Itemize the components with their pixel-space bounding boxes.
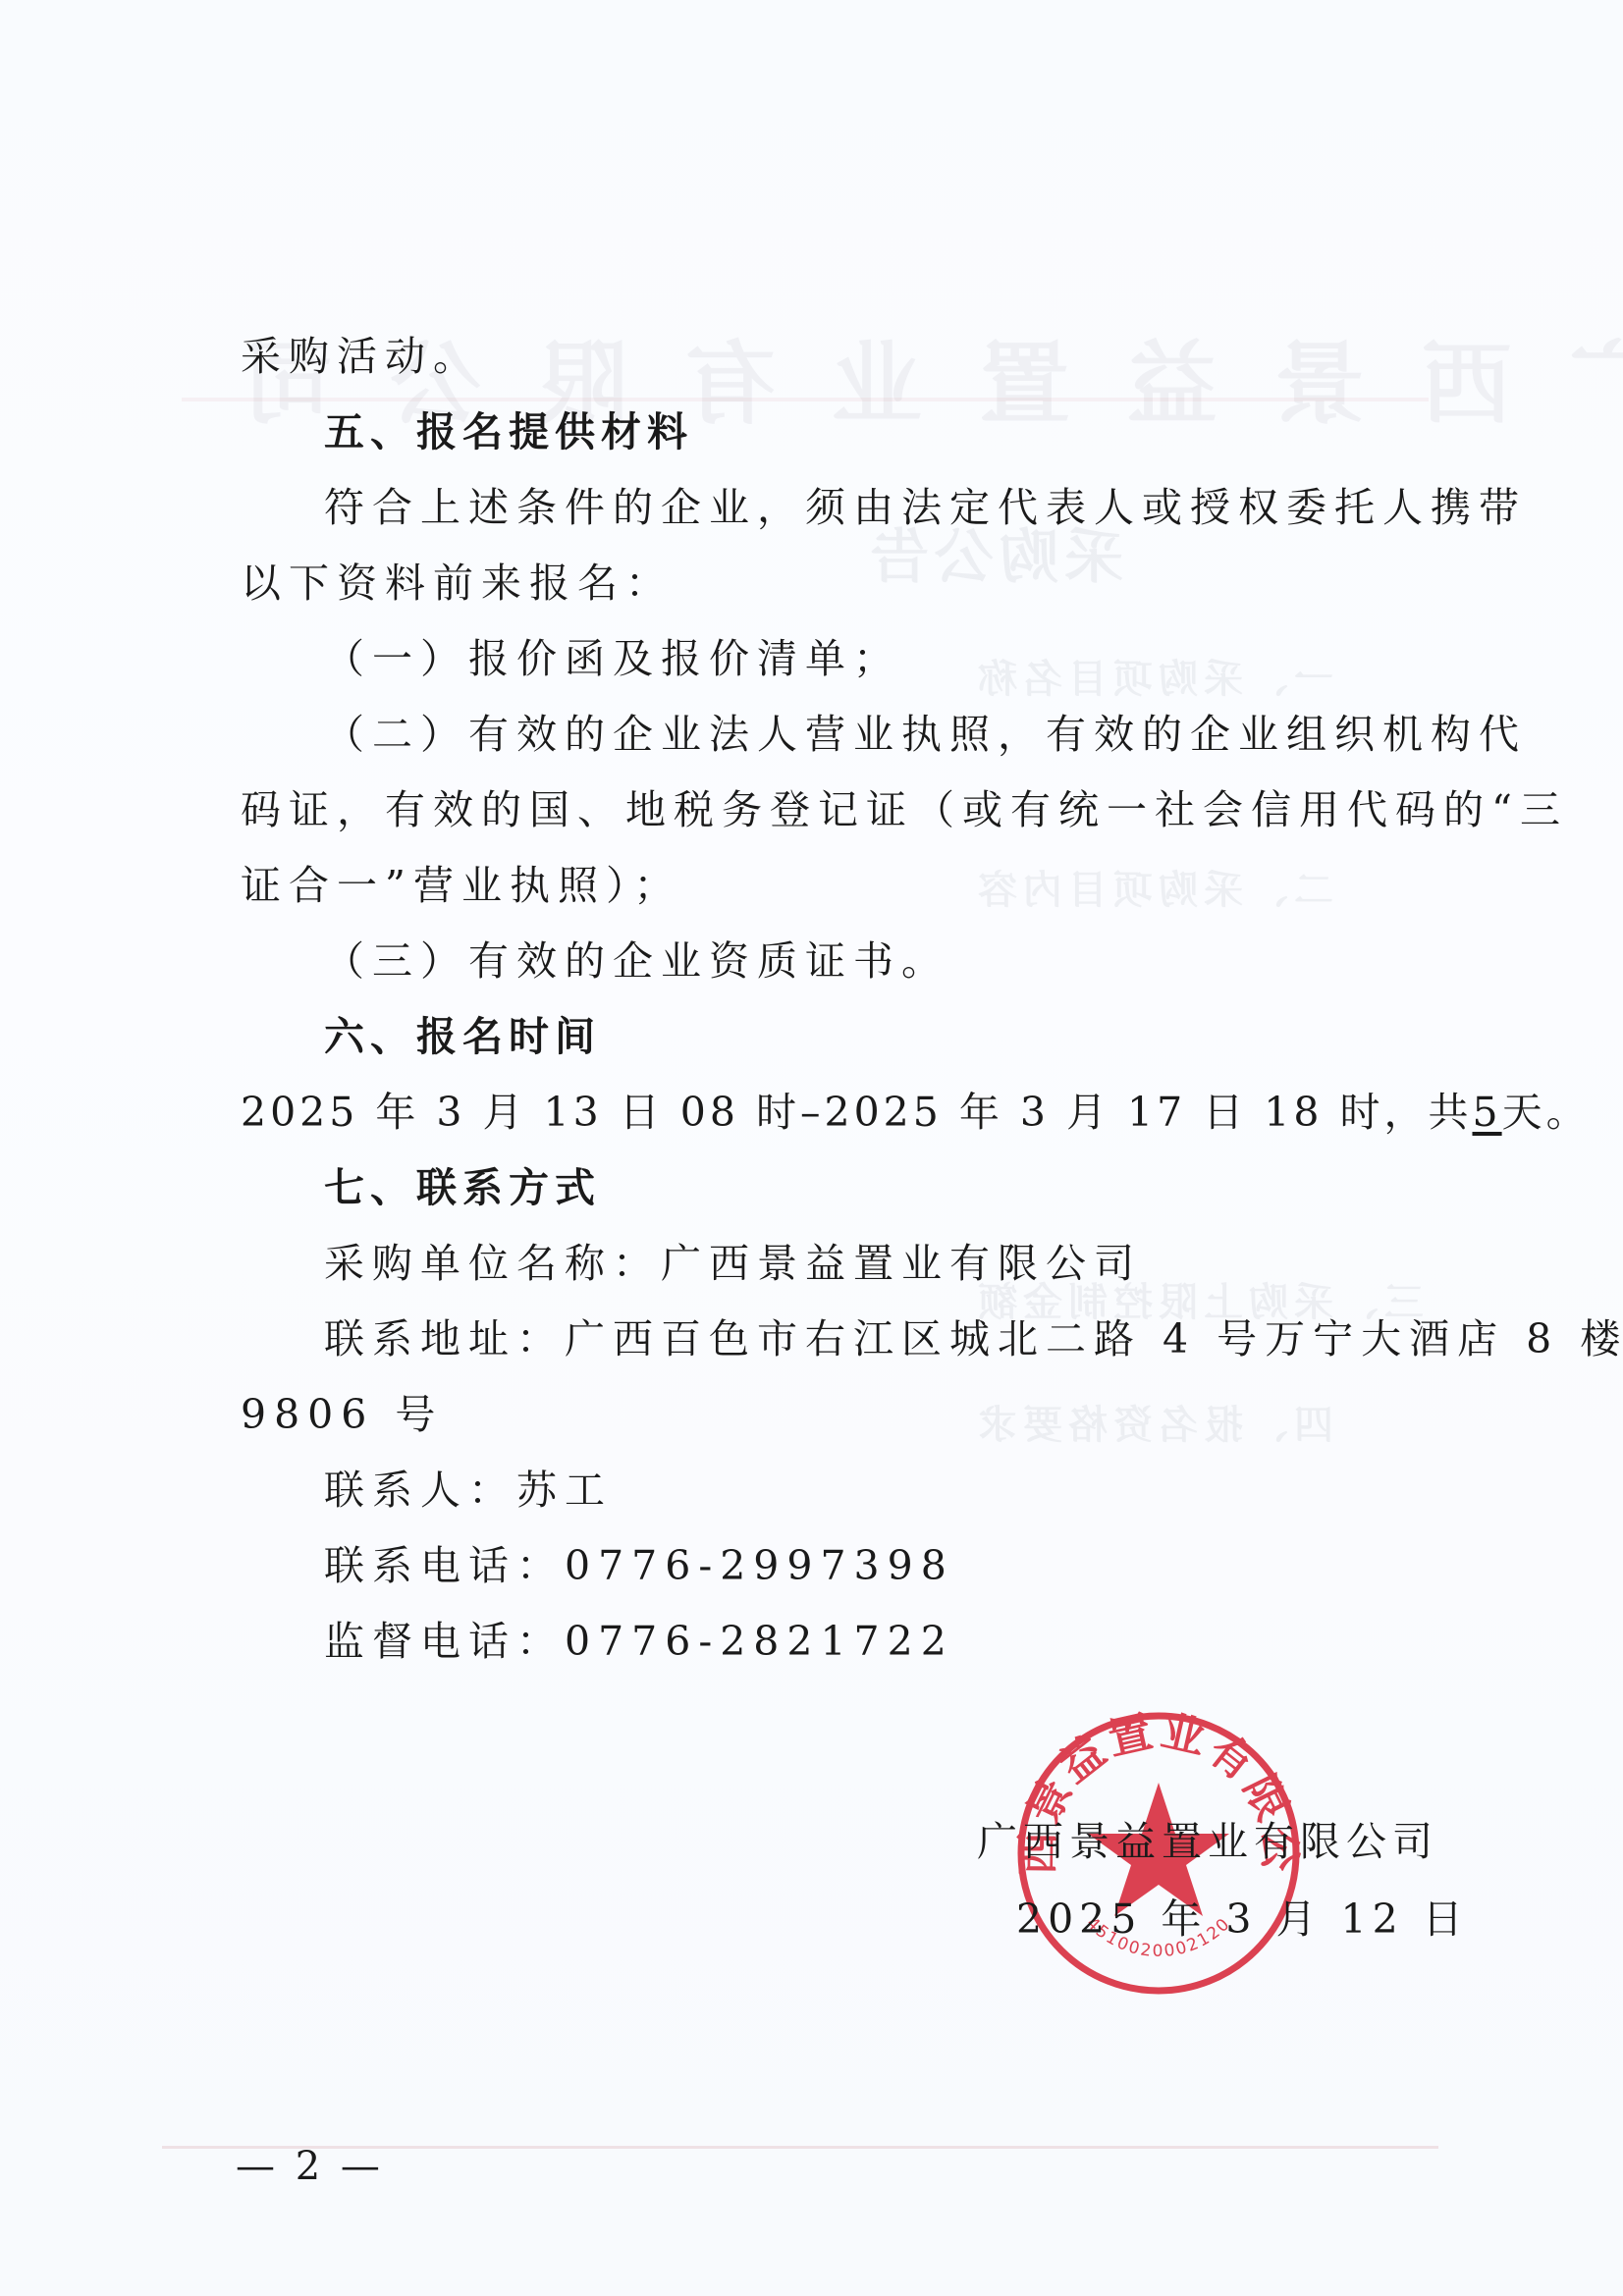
field-label: 联系地址： xyxy=(324,1315,565,1362)
section-heading-materials: 五、报名提供材料 xyxy=(324,412,693,453)
document-page: 广西景益置业有限公司 采购公告 一、采购项目名称 二、采购项目内容 三、采购上限… xyxy=(0,0,1623,2296)
list-item-2: （二）有效的企业法人营业执照，有效的企业组织机构代 xyxy=(324,715,1527,755)
contact-field-phone: 联系电话：0776-2997398 xyxy=(324,1546,954,1586)
bleed-through-line: 四、报名资格要求 xyxy=(972,1394,1333,1450)
contact-field-person: 联系人：苏工 xyxy=(324,1470,613,1511)
bleed-through-line: 二、采购项目内容 xyxy=(972,859,1333,915)
field-value: 苏工 xyxy=(516,1467,613,1514)
list-item-3: （三）有效的企业资质证书。 xyxy=(324,941,949,982)
field-value: 广西百色市右江区城北二路 4 号万宁大酒店 8 楼 xyxy=(565,1315,1623,1362)
field-value: 0776-2997398 xyxy=(565,1542,954,1589)
paragraph-line: 以下资料前来报名： xyxy=(241,563,674,604)
field-value: 广西景益置业有限公司 xyxy=(661,1240,1142,1287)
section-heading-time: 六、报名时间 xyxy=(324,1017,601,1057)
bleed-through-line: 一、采购项目名称 xyxy=(972,648,1333,704)
signature-date: 2025 年 3 月 12 日 xyxy=(1016,1887,1469,1945)
field-value: 0776-2821722 xyxy=(565,1618,954,1665)
section-heading-contact: 七、联系方式 xyxy=(324,1168,601,1208)
contact-field-address-cont: 9806 号 xyxy=(241,1395,443,1435)
paragraph-line: 符合上述条件的企业，须由法定代表人或授权委托人携带 xyxy=(324,488,1527,528)
continuation-line: 采购活动。 xyxy=(241,337,481,377)
signature-company: 广西景益置业有限公司 xyxy=(977,1809,1438,1867)
field-label: 采购单位名称： xyxy=(324,1240,661,1287)
field-label: 联系人： xyxy=(324,1467,516,1514)
registration-period: 2025 年 3 月 13 日 08 时–2025 年 3 月 17 日 18 … xyxy=(241,1093,1591,1133)
registration-period-suffix: 天。 xyxy=(1502,1089,1591,1136)
page-number: — 2 — xyxy=(236,2144,384,2189)
bleed-through-rule xyxy=(182,398,1429,401)
list-item-2-cont: 证合一”营业执照）； xyxy=(241,866,681,906)
registration-period-text: 2025 年 3 月 13 日 08 时–2025 年 3 月 17 日 18 … xyxy=(241,1089,1473,1136)
contact-field-supervision-phone: 监督电话：0776-2821722 xyxy=(324,1622,954,1662)
contact-field-address: 联系地址：广西百色市右江区城北二路 4 号万宁大酒店 8 楼 xyxy=(324,1319,1623,1360)
field-label: 联系电话： xyxy=(324,1542,565,1589)
field-label: 监督电话： xyxy=(324,1618,565,1665)
list-item-2-cont: 码证，有效的国、地税务登记证（或有统一社会信用代码的“三 xyxy=(241,790,1568,830)
contact-field-purchaser: 采购单位名称：广西景益置业有限公司 xyxy=(324,1244,1142,1284)
registration-days: 5 xyxy=(1473,1089,1502,1136)
list-item-1: （一）报价函及报价清单； xyxy=(324,639,901,679)
